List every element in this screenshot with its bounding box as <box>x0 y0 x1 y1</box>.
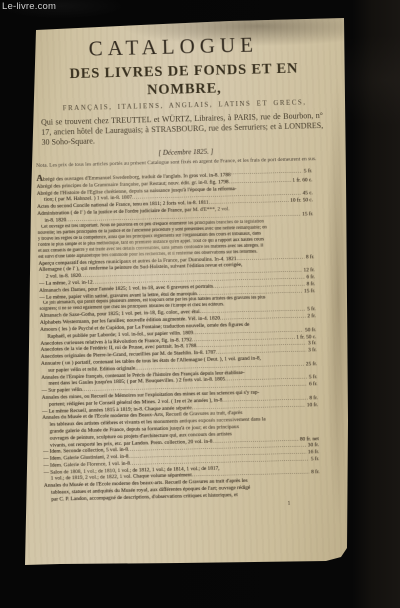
entry-price: 5 fr. <box>309 456 319 463</box>
entry-price: 10 fr. 50 c. <box>289 197 313 204</box>
entry-price: 5 fr. <box>302 168 312 177</box>
title-block: CATALOGUE DES LIVRES DE FONDS ET EN NOMB… <box>33 31 336 170</box>
entry-price: 8 fr. <box>310 470 320 477</box>
catalog-body: Abrégé des ouvrages d'Emmanuel Swedenbor… <box>36 168 320 503</box>
entry-price: 10 fr. <box>305 402 318 409</box>
entry-price: 1 fr. 60 c. <box>291 177 313 184</box>
page-subtitle: DES LIVRES DE FONDS ET EN NOMBRE, <box>34 59 335 102</box>
entry-price: 8 fr. <box>304 254 314 261</box>
entry-price: 25 fr. <box>304 361 317 368</box>
printed-content: CATALOGUE DES LIVRES DE FONDS ET EN NOMB… <box>33 31 345 513</box>
entry-price: 3 fr. <box>307 347 317 354</box>
catalogue-page: CATALOGUE DES LIVRES DE FONDS ET EN NOMB… <box>0 0 400 608</box>
watermark-text: Le-livre.com <box>2 1 56 12</box>
entry-price: 15 fr. <box>301 211 314 218</box>
entry-price: 2 fr. <box>306 313 316 320</box>
entry-price: 15 fr. <box>303 288 316 295</box>
photo-background: CATALOGUE DES LIVRES DE FONDS ET EN NOMB… <box>0 0 400 608</box>
entry-price: 6 fr. <box>308 381 318 388</box>
publisher-address: Qui se trouvent chez TREUTTEL et WÜRTZ, … <box>41 111 324 148</box>
page-title: CATALOGUE <box>13 31 333 63</box>
